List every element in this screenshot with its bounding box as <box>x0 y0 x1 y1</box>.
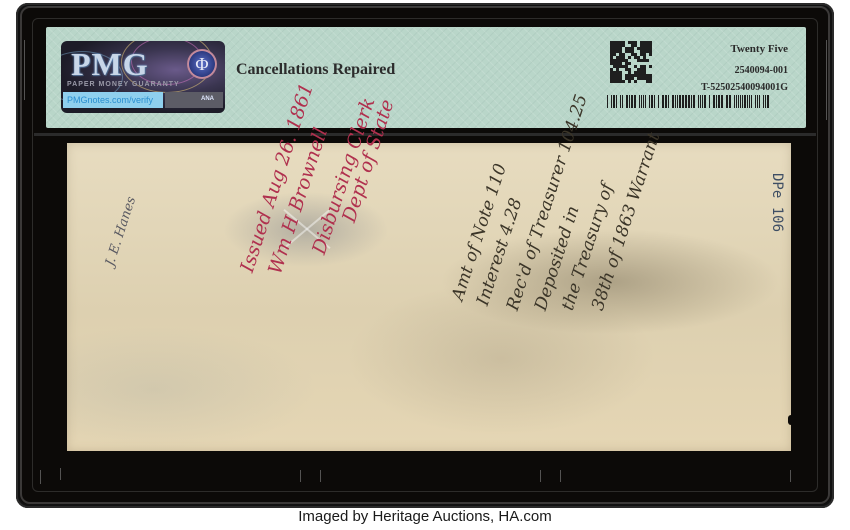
holder-scratch <box>24 40 25 100</box>
holder-scratch <box>300 470 301 482</box>
qr-code-icon <box>610 41 652 83</box>
note-edge-nick <box>788 415 794 425</box>
verify-url: PMGnotes.com/verify <box>63 92 163 108</box>
holder-scratch <box>826 40 827 120</box>
label-divider <box>34 133 816 136</box>
holder-scratch <box>60 468 61 480</box>
holder-scratch <box>560 470 561 482</box>
holder-scratch <box>320 470 321 482</box>
barcode-id: T-52502540094001G <box>701 82 788 93</box>
image-credit: Imaged by Heritage Auctions, HA.com <box>0 508 850 525</box>
denomination: Twenty Five <box>730 43 788 55</box>
hologram-panel <box>165 92 223 108</box>
pencil-inscription: J. E. Hanes <box>103 195 140 268</box>
pmg-seal-icon: Φ <box>187 49 217 79</box>
holder-scratch <box>790 470 791 482</box>
holder-scratch <box>540 470 541 482</box>
pmg-logo: PMG <box>71 46 149 83</box>
ana-mark: ANA <box>201 96 214 102</box>
catalog-mark: DPe 106 <box>769 173 785 232</box>
grading-comment: Cancellations Repaired <box>236 61 395 79</box>
pmg-hologram: PMG Φ PAPER MONEY GUARANTY PMGnotes.com/… <box>61 41 225 113</box>
grader-tagline: PAPER MONEY GUARANTY <box>67 81 180 88</box>
cert-number: 2540094-001 <box>735 65 788 76</box>
holder-scratch <box>40 470 41 484</box>
banknote: J. E. Hanes Issued Aug 26. 1861 Wm H Bro… <box>67 143 791 451</box>
barcode <box>607 95 786 108</box>
